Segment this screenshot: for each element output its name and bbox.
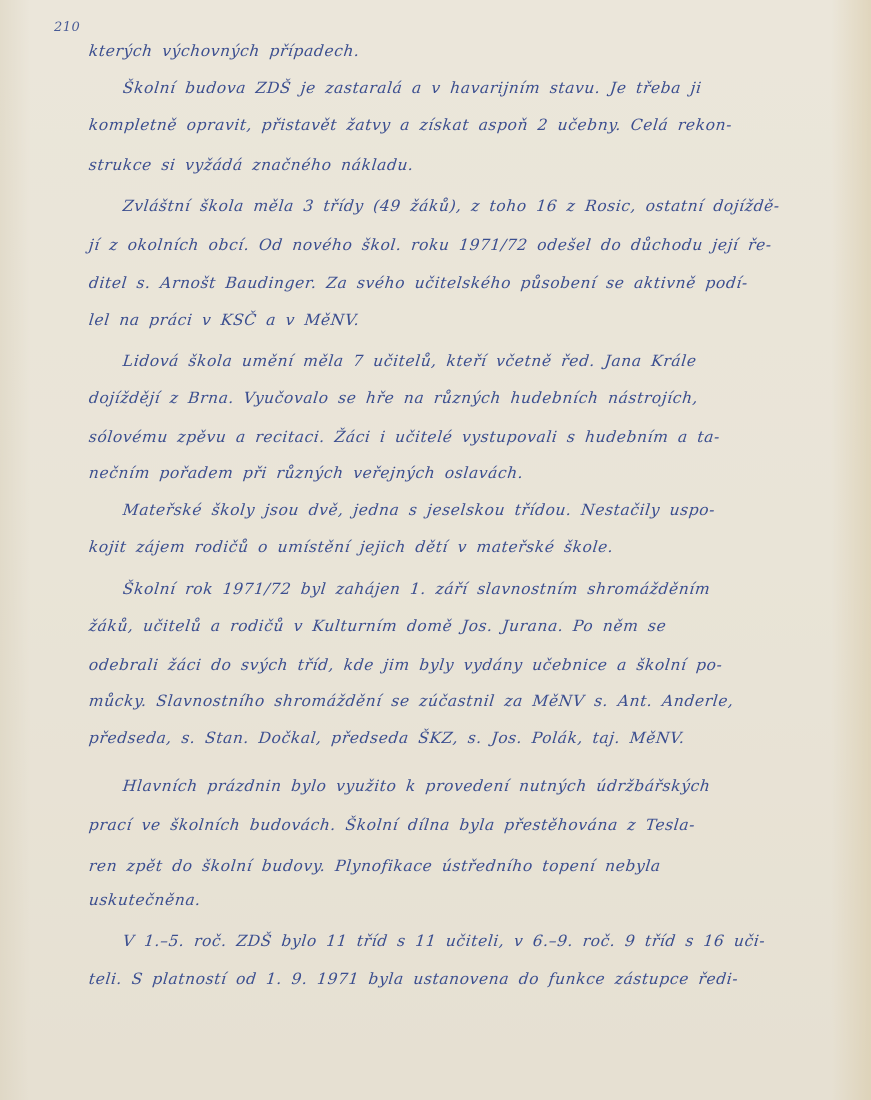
handwritten-line: uskutečněna. [88, 891, 825, 909]
handwritten-line: ren zpět do školní budovy. Plynofikace ú… [88, 857, 825, 875]
handwritten-line: předseda, s. Stan. Dočkal, předseda ŠKZ,… [88, 729, 825, 747]
handwritten-line: jí z okolních obcí. Od nového škol. roku… [88, 236, 825, 254]
handwritten-line: teli. S platností od 1. 9. 1971 byla ust… [88, 970, 825, 988]
handwritten-line: Zvláštní škola měla 3 třídy (49 žáků), z… [122, 197, 859, 215]
chronicle-page: 210 kterých výchovných případech.Školní … [0, 0, 871, 1100]
handwritten-line: kompletně opravit, přistavět žatvy a zís… [88, 116, 825, 134]
handwritten-line: kterých výchovných případech. [88, 42, 825, 60]
page-number: 210 [54, 20, 80, 35]
handwritten-line: kojit zájem rodičů o umístění jejich dět… [88, 538, 825, 556]
handwritten-line: ditel s. Arnošt Baudinger. Za svého učit… [88, 274, 825, 292]
handwritten-line: V 1.–5. roč. ZDŠ bylo 11 tříd s 11 učite… [122, 932, 859, 950]
handwritten-line: Hlavních prázdnin bylo využito k provede… [122, 777, 859, 795]
handwritten-line: dojíždějí z Brna. Vyučovalo se hře na rů… [88, 389, 825, 407]
handwritten-line: sólovému zpěvu a recitaci. Žáci i učitel… [88, 428, 825, 446]
handwritten-line: Mateřské školy jsou dvě, jedna s jeselsk… [122, 501, 859, 519]
handwritten-line: žáků, učitelů a rodičů v Kulturním domě … [88, 617, 825, 635]
handwritten-line: Školní rok 1971/72 byl zahájen 1. září s… [122, 580, 859, 598]
handwritten-line: strukce si vyžádá značného nákladu. [88, 156, 825, 174]
handwritten-line: prací ve školních budovách. Školní dílna… [88, 816, 825, 834]
handwritten-line: můcky. Slavnostního shromáždění se zúčas… [88, 692, 825, 710]
handwritten-line: nečním pořadem při různých veřejných osl… [88, 464, 825, 482]
handwritten-line: odebrali žáci do svých tříd, kde jim byl… [88, 656, 825, 674]
handwritten-line: Školní budova ZDŠ je zastaralá a v havar… [122, 79, 859, 97]
handwritten-line: Lidová škola umění měla 7 učitelů, kteří… [122, 352, 859, 370]
handwritten-line: lel na práci v KSČ a v MěNV. [88, 311, 825, 329]
